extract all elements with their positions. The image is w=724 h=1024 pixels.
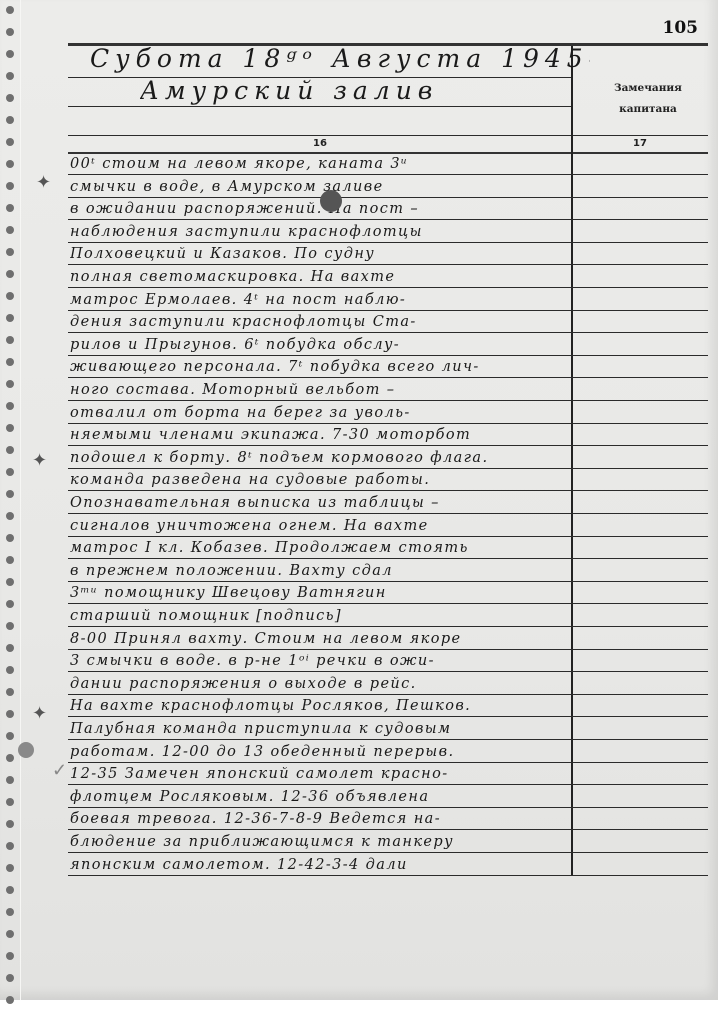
- ruled-line: [68, 490, 708, 491]
- binding-hole: [6, 798, 14, 806]
- binding-hole: [6, 402, 14, 410]
- binding-hole: [6, 270, 14, 278]
- binding-hole: [6, 666, 14, 674]
- binding-hole: [6, 820, 14, 828]
- log-line: в прежнем положении. Вахту сдал: [70, 563, 570, 579]
- binding-hole: [6, 732, 14, 740]
- ruled-line: [68, 174, 708, 175]
- ruled-line: [68, 513, 708, 514]
- ruled-line: [68, 558, 708, 559]
- column-number-top-rule: [68, 135, 708, 136]
- ruled-line: [68, 423, 708, 424]
- binding-hole: [6, 490, 14, 498]
- ruled-line: [68, 784, 708, 785]
- binding-hole: [6, 226, 14, 234]
- binding-hole: [6, 622, 14, 630]
- log-line: Опознавательная выписка из таблицы –: [70, 495, 570, 511]
- binding-hole: [6, 556, 14, 564]
- binding-hole: [6, 468, 14, 476]
- date-line: Субота 18ᵍᵒ Августа 1945ᵍ: [90, 44, 590, 73]
- column-number-log: 16: [300, 138, 340, 149]
- log-line: рилов и Прыгунов. 6ᵗ побудка обслу-: [70, 337, 570, 353]
- binding-hole: [6, 776, 14, 784]
- binding-hole: [6, 160, 14, 168]
- remarks-header: Замечания капитана: [600, 78, 696, 120]
- binding-hole: [6, 864, 14, 872]
- ruled-line: [68, 581, 708, 582]
- pin-hole-mark-icon: ✦: [32, 450, 47, 471]
- binding-hole: [6, 50, 14, 58]
- location-line: Амурский залив: [140, 76, 640, 105]
- binding-hole: [6, 996, 14, 1004]
- binding-hole: [6, 754, 14, 762]
- ruled-line: [68, 377, 708, 378]
- column-number-remarks: 17: [620, 138, 660, 149]
- binding-hole: [6, 710, 14, 718]
- log-line: сигналов уничтожена огнем. На вахте: [70, 518, 570, 534]
- log-line: подошел к борту. 8ᵗ подъем кормового фла…: [70, 450, 570, 466]
- binding-hole: [6, 182, 14, 190]
- ruled-line: [68, 852, 708, 853]
- location-rule: [68, 106, 572, 107]
- log-line: старший помощник [подпись]: [70, 608, 570, 624]
- log-line: дения заступили краснофлотцы Ста-: [70, 314, 570, 330]
- log-line: полная светомаскировка. На вахте: [70, 269, 570, 285]
- ruled-line: [68, 536, 708, 537]
- ruled-line: [68, 739, 708, 740]
- binding-hole: [6, 974, 14, 982]
- ruled-line: [68, 242, 708, 243]
- log-line: японским самолетом. 12-42-3-4 дали: [70, 857, 570, 873]
- binding-hole: [6, 138, 14, 146]
- spine-edge: [20, 0, 21, 1000]
- binding-hole: [6, 314, 14, 322]
- log-line: матрос Ермолаев. 4ᵗ на пост наблю-: [70, 292, 570, 308]
- log-line: 3ᵐᵘ помощнику Швецову Ватнягин: [70, 585, 570, 601]
- remarks-header-line-2: капитана: [600, 99, 696, 120]
- log-line: 8-00 Принял вахту. Стоим на левом якоре: [70, 631, 570, 647]
- pencil-check-icon: ✓: [52, 760, 67, 781]
- log-line: флотцем Росляковым. 12-36 объявлена: [70, 789, 570, 805]
- binding-hole: [6, 292, 14, 300]
- log-line: дании распоряжения о выходе в рейс.: [70, 676, 570, 692]
- binding-hole: [6, 644, 14, 652]
- ruled-line: [68, 807, 708, 808]
- column-number-bottom-rule: [68, 152, 708, 154]
- binding-hole: [6, 930, 14, 938]
- log-line: 00ᵗ стоим на левом якоре, каната 3ᵘ: [70, 156, 570, 172]
- ruled-line: [68, 671, 708, 672]
- ruled-line: [68, 829, 708, 830]
- page-number: 105: [663, 18, 699, 38]
- pin-hole-mark-icon: ✦: [32, 703, 47, 724]
- log-line: смычки в воде, в Амурском заливе: [70, 179, 570, 195]
- binding-hole: [6, 886, 14, 894]
- ruled-line: [68, 355, 708, 356]
- log-line: работам. 12-00 до 13 обеденный перерыв.: [70, 744, 570, 760]
- log-line: Палубная команда приступила к судовым: [70, 721, 570, 737]
- binding-hole: [6, 534, 14, 542]
- ruled-line: [68, 197, 708, 198]
- ink-blot: [320, 190, 342, 212]
- ruled-line: [68, 649, 708, 650]
- log-line: 12-35 Замечен японский самолет красно-: [70, 766, 570, 782]
- ruled-line: [68, 694, 708, 695]
- log-line: матрос I кл. Кобазев. Продолжаем стоять: [70, 540, 570, 556]
- binding-hole: [6, 512, 14, 520]
- binding-hole: [6, 248, 14, 256]
- log-line: На вахте краснофлотцы Росляков, Пешков.: [70, 698, 570, 714]
- ruled-line: [68, 762, 708, 763]
- binding-hole: [6, 336, 14, 344]
- logbook-page: 105 Субота 18ᵍᵒ Августа 1945ᵍ Амурский з…: [0, 0, 718, 1000]
- log-line: живающего персонала. 7ᵗ побудка всего ли…: [70, 359, 570, 375]
- log-line: боевая тревога. 12-36-7-8-9 Ведется на-: [70, 811, 570, 827]
- binding-hole: [6, 28, 14, 36]
- binding-hole: [6, 446, 14, 454]
- binding-hole: [6, 600, 14, 608]
- log-line: ного состава. Моторный вельбот –: [70, 382, 570, 398]
- ruled-line: [68, 875, 708, 876]
- ruled-line: [68, 445, 708, 446]
- binding-hole: [6, 424, 14, 432]
- log-line: отвалил от борта на берег за уволь-: [70, 405, 570, 421]
- binding-hole: [6, 578, 14, 586]
- ruled-line: [68, 287, 708, 288]
- ruled-line: [68, 310, 708, 311]
- log-line: наблюдения заступили краснофлотцы: [70, 224, 570, 240]
- remarks-header-line-1: Замечания: [600, 78, 696, 99]
- binding-hole: [6, 842, 14, 850]
- log-line: няемыми членами экипажа. 7-30 моторбот: [70, 427, 570, 443]
- binding-hole: [6, 94, 14, 102]
- ruled-line: [68, 603, 708, 604]
- binding-hole: [6, 6, 14, 14]
- binding-hole: [6, 72, 14, 80]
- binding-hole: [6, 952, 14, 960]
- binding-hole: [6, 908, 14, 916]
- log-line: 3 смычки в воде. в р-не 1ᵒⁱ речки в ожи-: [70, 653, 570, 669]
- binding-hole: [6, 204, 14, 212]
- column-divider: [571, 46, 573, 876]
- ruled-line: [68, 468, 708, 469]
- log-line: блюдение за приближающимся к танкеру: [70, 834, 570, 850]
- ruled-line: [68, 264, 708, 265]
- ruled-line: [68, 332, 708, 333]
- punch-hole: [18, 742, 34, 758]
- pin-hole-mark-icon: ✦: [36, 172, 51, 193]
- ruled-line: [68, 219, 708, 220]
- binding-hole: [6, 358, 14, 366]
- binding-hole: [6, 688, 14, 696]
- log-line: Полховецкий и Казаков. По судну: [70, 246, 570, 262]
- ruled-line: [68, 716, 708, 717]
- binding-hole: [6, 116, 14, 124]
- ruled-line: [68, 400, 708, 401]
- binding-hole: [6, 380, 14, 388]
- log-line: команда разведена на судовые работы.: [70, 472, 570, 488]
- ruled-line: [68, 626, 708, 627]
